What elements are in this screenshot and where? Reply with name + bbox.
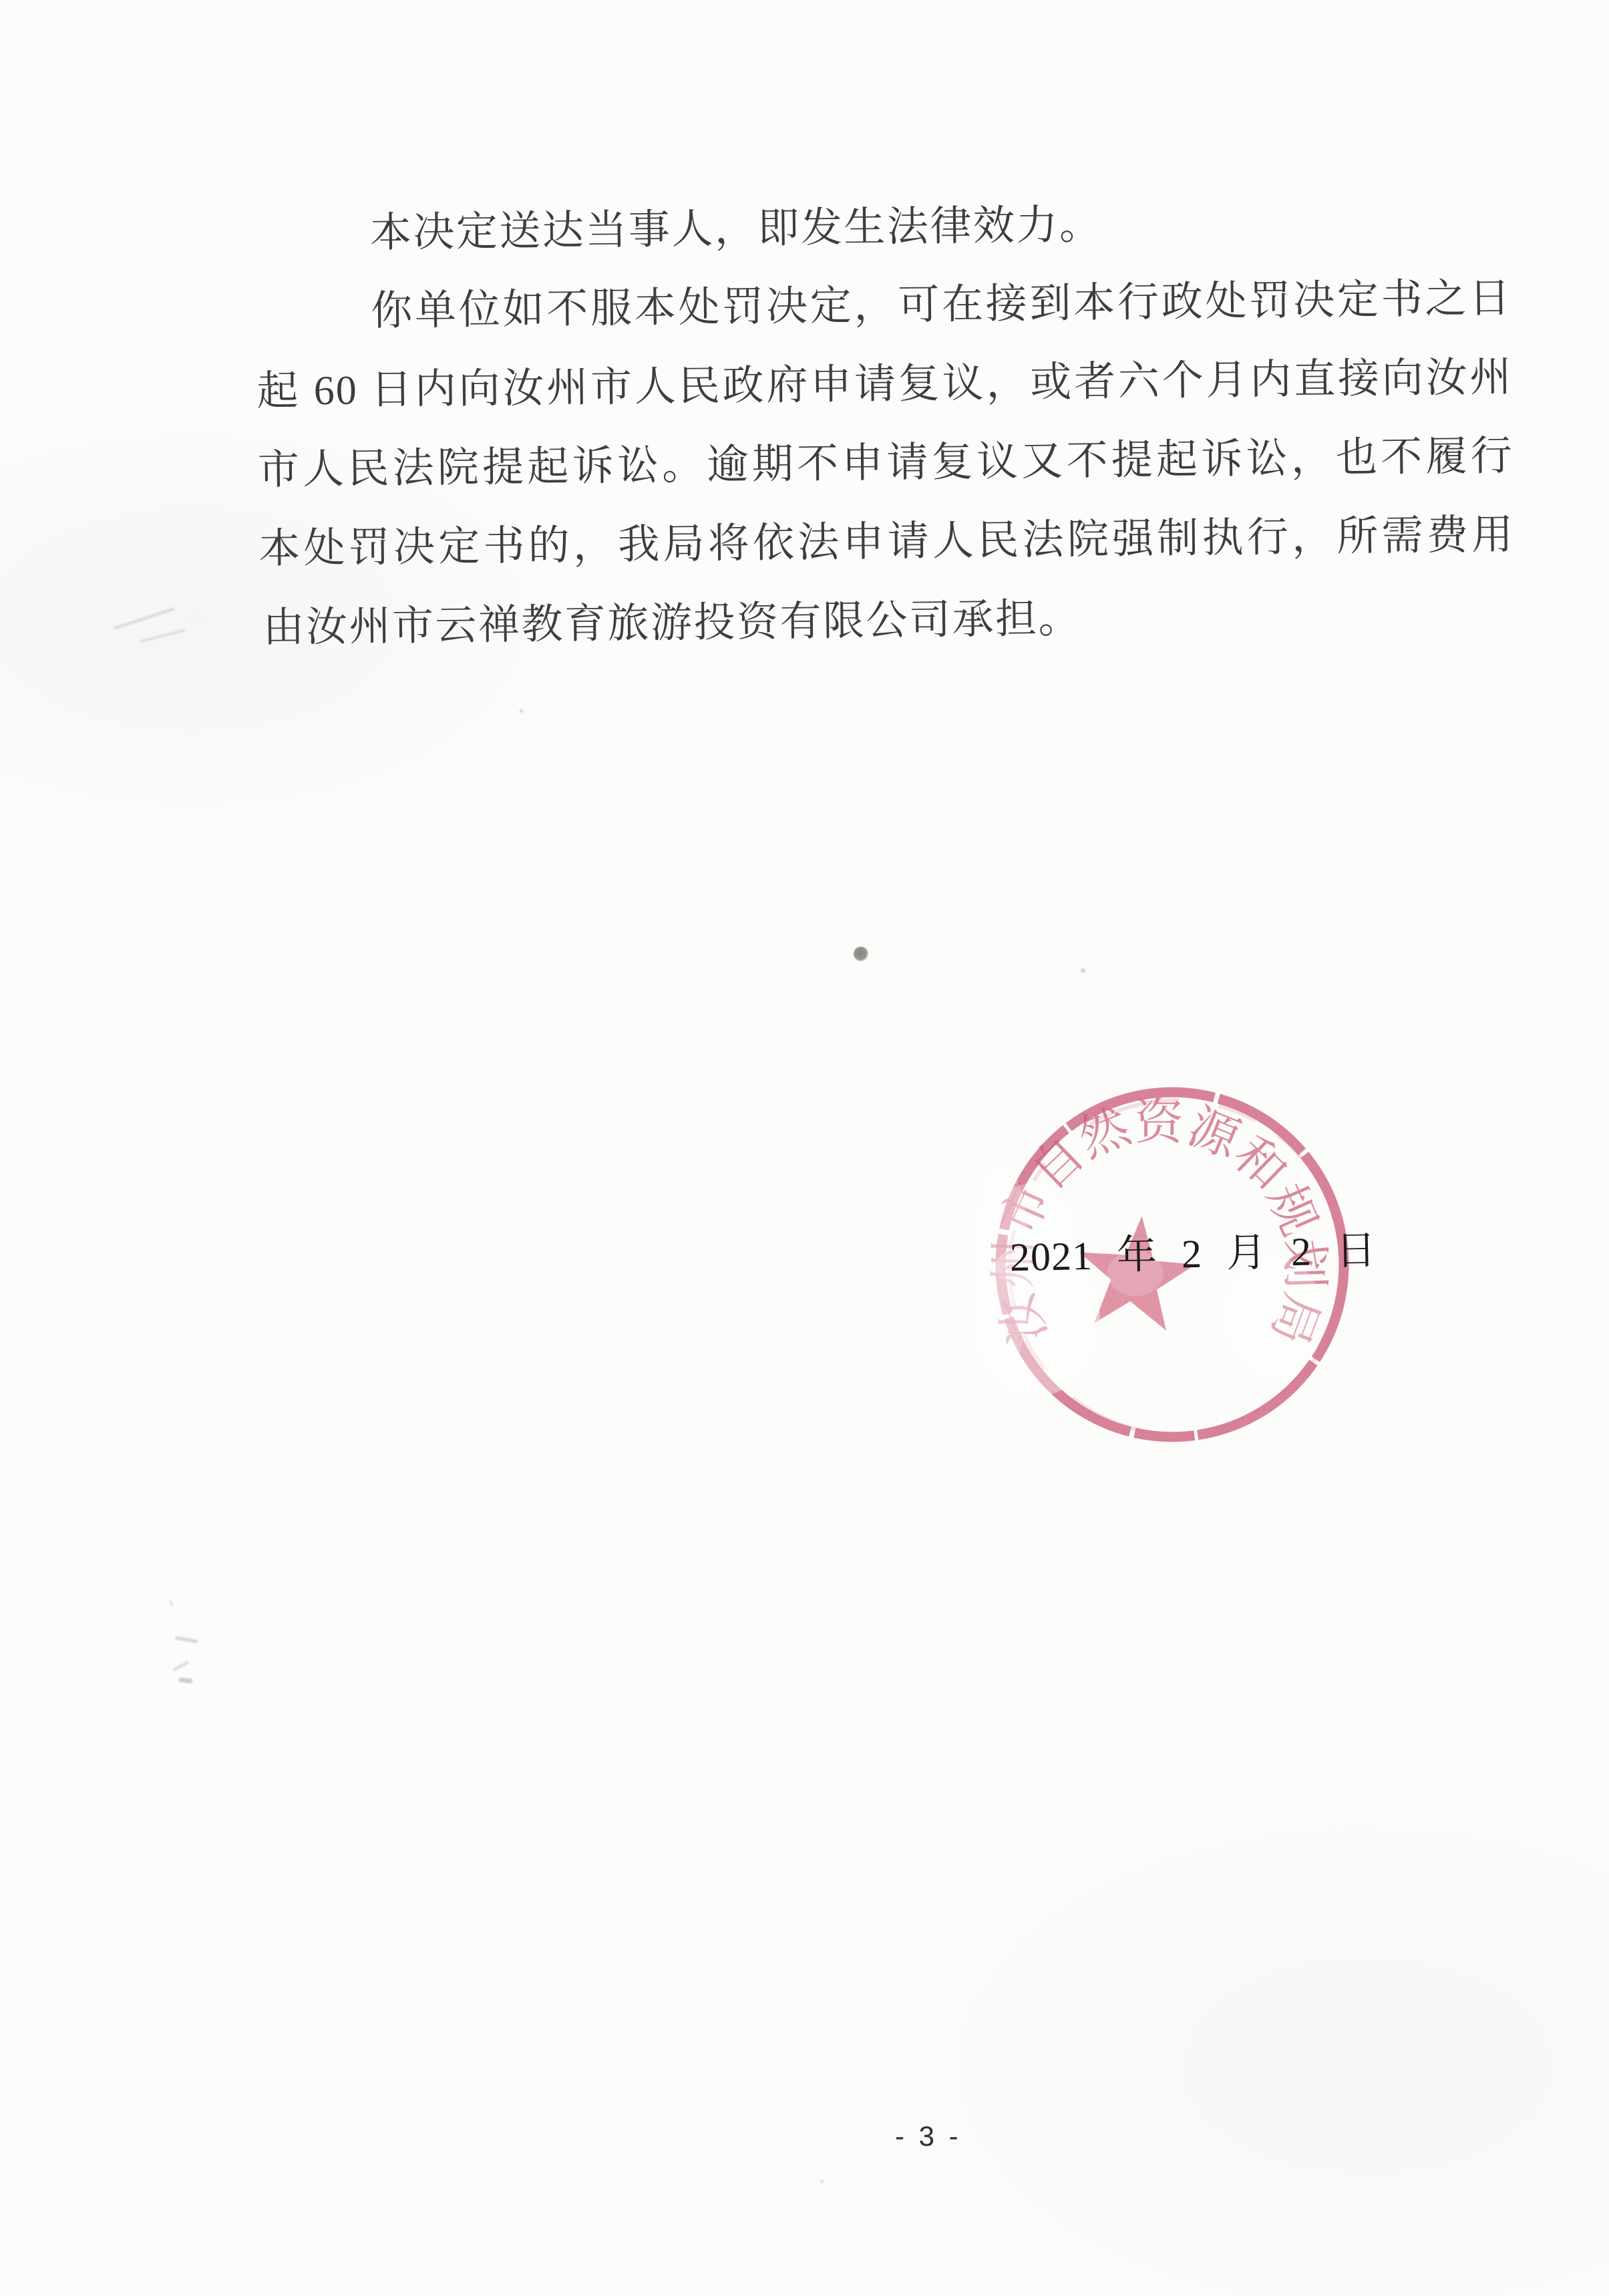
body-line: 市人民法院提起诉讼。逾期不申请复议又不提起诉讼，也不履行 — [258, 436, 1514, 491]
body-line: 起 60 日内向汝州市人民政府申请复议，或者六个月内直接向汝州 — [256, 357, 1513, 412]
body-line: 本处罚决定书的，我局将依法申请人民法院强制执行，所需费用 — [258, 514, 1515, 570]
document-page: 本决定送达当事人，即发生法律效力。 你单位如不服本处罚决定，可在接到本行政处罚决… — [0, 0, 1609, 2296]
body-line: 你单位如不服本处罚决定，可在接到本行政处罚决定书之日 — [371, 278, 1512, 332]
scan-smudge — [114, 607, 175, 629]
seal-arc-text: 汝州市自然资源和规划局 — [986, 1096, 1332, 1351]
scan-speck — [1081, 969, 1085, 973]
scan-smudge — [173, 1661, 190, 1671]
scan-smudge — [169, 1599, 174, 1607]
date-line: 2021 年 2 月 2 日 — [1009, 1230, 1377, 1279]
body-line: 由汝州市云禅教育旅游投资有限公司承担。 — [262, 598, 1081, 649]
scan-smudge — [179, 1677, 193, 1683]
page-number: - 3 - — [895, 2120, 962, 2152]
body-line: 本决定送达当事人，即发生法律效力。 — [370, 204, 1103, 254]
scan-smudge — [140, 629, 186, 643]
body-text: 本决定送达当事人，即发生法律效力。 你单位如不服本处罚决定，可在接到本行政处罚决… — [252, 0, 1516, 739]
scan-dot — [854, 947, 868, 961]
scan-smudge — [175, 1636, 198, 1643]
seal-fade — [1224, 1257, 1324, 1377]
scan-speck — [820, 2180, 824, 2183]
